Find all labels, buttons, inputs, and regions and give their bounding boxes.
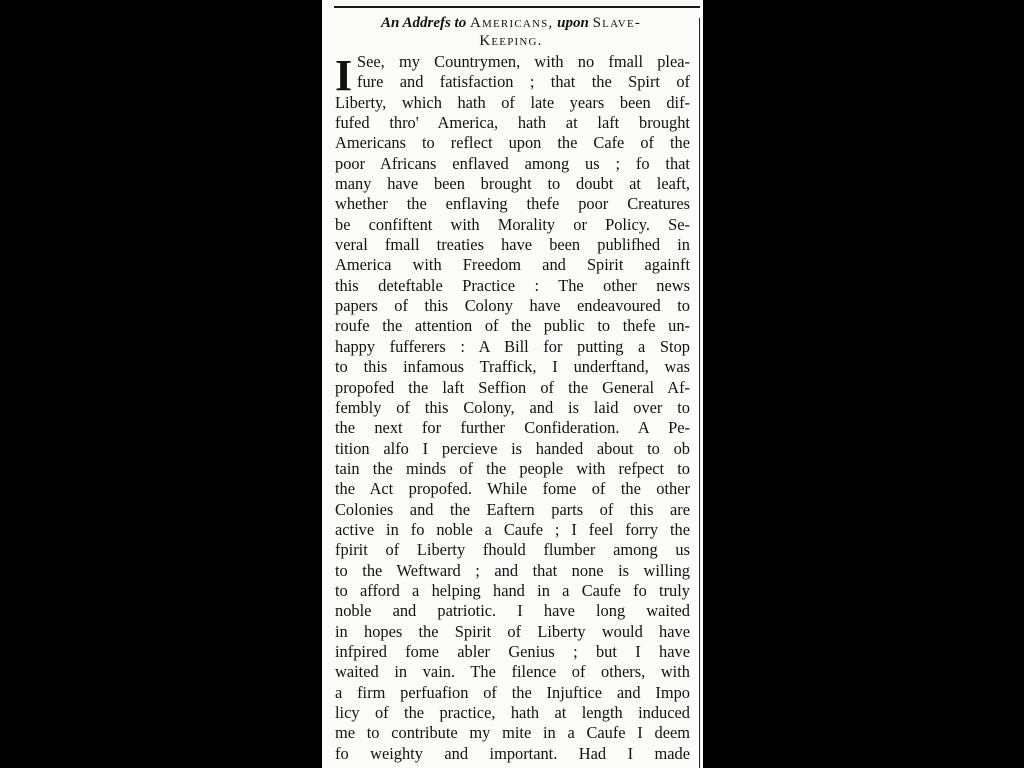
text-line: fpirit of Liberty fhould flumber among u… xyxy=(335,540,690,560)
title-end: Slave- xyxy=(593,15,641,31)
newspaper-page: An Addrefs to Americans, upon Slave- Kee… xyxy=(322,0,703,768)
text-line: happy fufferers : A Bill for putting a S… xyxy=(335,337,690,357)
text-line: the Act propofed. While fome of the othe… xyxy=(335,479,690,499)
text-line: infpired fome abler Genius ; but I have xyxy=(335,642,690,662)
title-line-1: An Addrefs to Americans, upon Slave- xyxy=(336,14,686,32)
text-line: propofed the laft Seffion of the General… xyxy=(335,378,690,398)
title-prefix: An Addrefs to xyxy=(381,15,466,31)
text-line: See, my Countrymen, with no fmall plea- xyxy=(335,52,690,72)
column-rule-divider xyxy=(699,18,700,768)
text-line: many have been brought to doubt at leaft… xyxy=(335,174,690,194)
text-line: Liberty, which hath of late years been d… xyxy=(335,93,690,113)
text-line: me to contribute my mite in a Caufe I de… xyxy=(335,723,690,743)
text-line: to this infamous Traffick, I underftand,… xyxy=(335,357,690,377)
text-line: Colonies and the Eaftern parts of this a… xyxy=(335,500,690,520)
text-line: in hopes the Spirit of Liberty would hav… xyxy=(335,622,690,642)
text-line: waited in vain. The filence of others, w… xyxy=(335,662,690,682)
text-line: tain the minds of the people with refpec… xyxy=(335,459,690,479)
text-line: licy of the practice, hath at length ind… xyxy=(335,703,690,723)
text-line: to afford a helping hand in a Caufe fo t… xyxy=(335,581,690,601)
text-line: a firm perfuafion of the Injuftice and I… xyxy=(335,683,690,703)
text-line: fo weighty and important. Had I made xyxy=(335,744,690,764)
text-line: active in fo noble a Caufe ; I feel forr… xyxy=(335,520,690,540)
text-line: to the Weftward ; and that none is willi… xyxy=(335,561,690,581)
article-title: An Addrefs to Americans, upon Slave- Kee… xyxy=(336,14,686,50)
title-line-2: Keeping. xyxy=(336,32,686,50)
text-line: noble and patriotic. I have long waited xyxy=(335,601,690,621)
text-line: fufed thro' America, hath at laft brough… xyxy=(335,113,690,133)
article-body: See, my Countrymen, with no fmall plea- … xyxy=(335,52,690,764)
text-line: this deteftable Practice : The other new… xyxy=(335,276,690,296)
text-line: the next for further Confideration. A Pe… xyxy=(335,418,690,438)
text-line: be confiftent with Morality or Policy. S… xyxy=(335,215,690,235)
text-line: poor Africans enflaved among us ; fo tha… xyxy=(335,154,690,174)
top-rule-divider xyxy=(334,6,700,8)
title-main: Americans, xyxy=(470,15,553,31)
text-line: whether the enflaving thefe poor Creatur… xyxy=(335,194,690,214)
text-line: fure and fatisfaction ; that the Spirt o… xyxy=(335,72,690,92)
text-line: papers of this Colony have endeavoured t… xyxy=(335,296,690,316)
text-line: tition alfo I percieve is handed about t… xyxy=(335,439,690,459)
text-line: America with Freedom and Spirit againft xyxy=(335,255,690,275)
text-line: roufe the attention of the public to the… xyxy=(335,316,690,336)
title-mid: upon xyxy=(557,15,589,31)
text-line: fembly of this Colony, and is laid over … xyxy=(335,398,690,418)
text-line: veral fmall treaties have been publifhed… xyxy=(335,235,690,255)
text-line: Americans to reflect upon the Cafe of th… xyxy=(335,133,690,153)
